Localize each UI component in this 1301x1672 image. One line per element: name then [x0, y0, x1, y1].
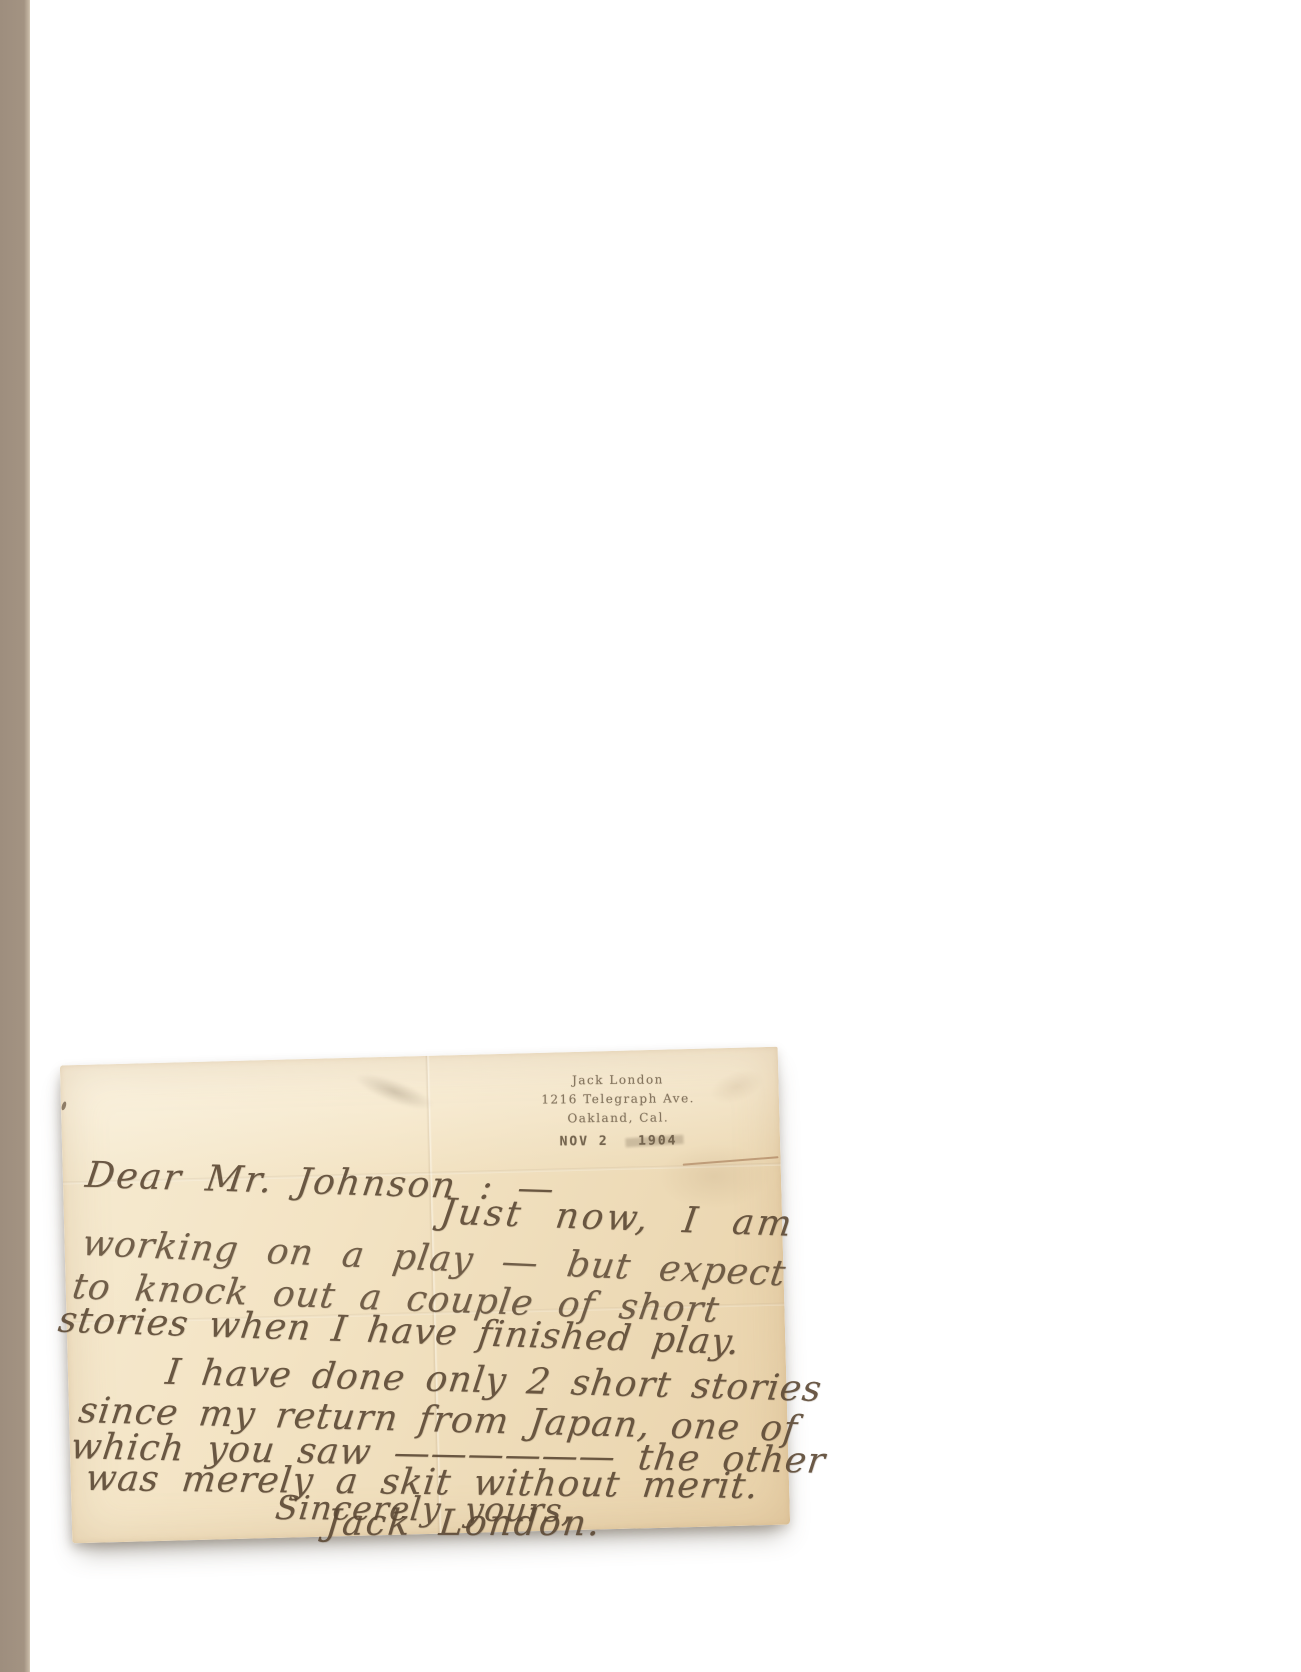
catalog-page: Jack London 1216 Telegraph Ave. Oakland,… — [0, 0, 1301, 1672]
stamp-date-line: NOV 2 1904 — [523, 1131, 713, 1152]
stamp-street-line: 1216 Telegraph Ave. — [523, 1089, 713, 1110]
letter-paper: Jack London 1216 Telegraph Ave. Oakland,… — [60, 1047, 790, 1544]
paper-stain — [705, 1063, 768, 1110]
handwriting-line-signature: Jack London. — [324, 1503, 604, 1544]
address-stamp: Jack London 1216 Telegraph Ave. Oakland,… — [523, 1070, 714, 1152]
stamp-city-line: Oakland, Cal. — [523, 1108, 713, 1129]
paper-crack — [683, 1156, 779, 1166]
left-accent-bar — [0, 0, 30, 1672]
stamp-name-line: Jack London — [523, 1070, 713, 1091]
handwriting-line: Just now, I am — [438, 1192, 797, 1245]
ink-speck — [61, 1101, 67, 1111]
paper-stain — [351, 1067, 437, 1117]
